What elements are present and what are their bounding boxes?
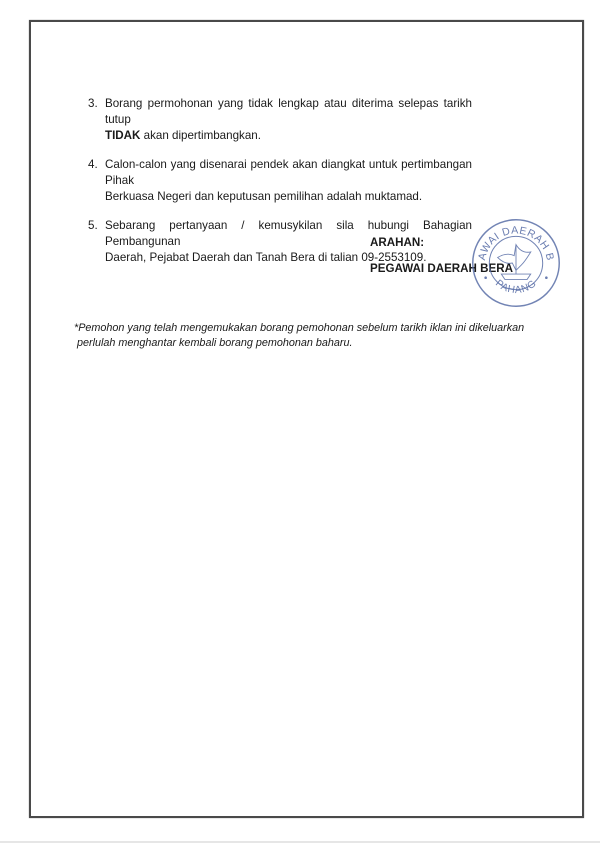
list-number: 3. [88,96,105,144]
list-text: Calon-calon yang disenarai pendek akan d… [105,157,472,205]
svg-text:PAHANG: PAHANG [493,278,539,296]
emphasis-text: TIDAK [105,129,140,142]
page-bottom-edge [0,841,600,843]
official-stamp-icon: PEGAWAI DAERAH BERA PAHANG [470,217,562,309]
stamp-bottom-text: PAHANG [493,278,539,296]
list-item: 4. Calon-calon yang disenarai pendek aka… [88,157,472,205]
footnote-line-1: *Pemohon yang telah mengemukakan borang … [74,322,524,334]
list-number: 5. [88,218,105,266]
list-number: 4. [88,157,105,205]
footnote: *Pemohon yang telah mengemukakan borang … [74,321,544,351]
footnote-line-2: perlulah menghantar kembali borang pemoh… [74,336,544,351]
list-text: Borang permohonan yang tidak lengkap ata… [105,96,472,144]
list-item: 3. Borang permohonan yang tidak lengkap … [88,96,472,144]
